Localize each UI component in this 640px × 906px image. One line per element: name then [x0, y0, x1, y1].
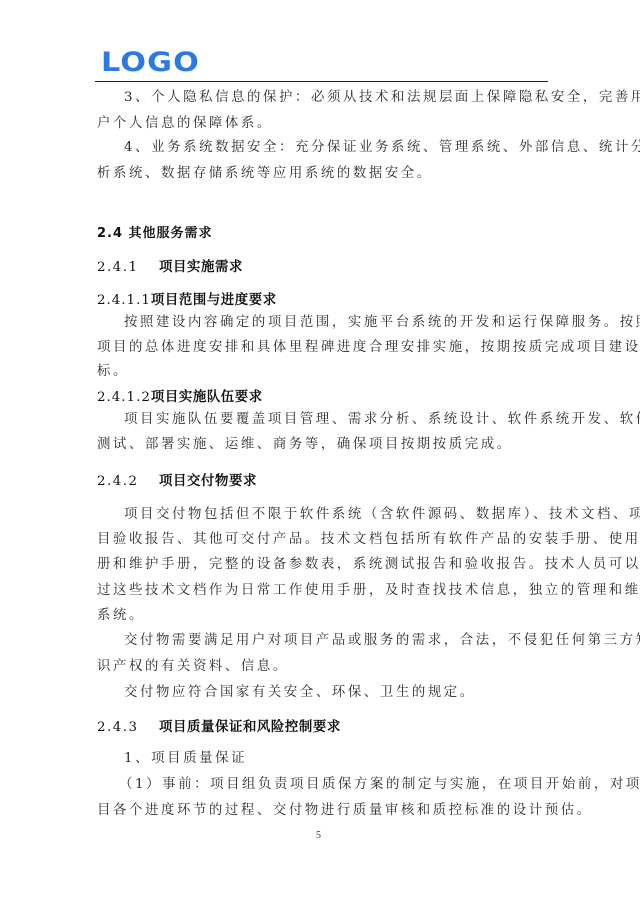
paragraph-line: 目各个进度环节的过程、交付物进行质量审核和质控标准的设计预估。: [97, 802, 593, 820]
paragraph-line: 过这些技术文档作为日常工作使用手册，及时查找技术信息，独立的管理和维护: [97, 582, 640, 600]
section-number: 2.4.1.1: [97, 293, 151, 308]
section-title: 项目范围与进度要求: [151, 292, 277, 308]
paragraph-line: （1）事前：项目组负责项目质保方案的制定与实施，在项目开始前，对项: [119, 776, 640, 794]
paragraph-line: 册和维护手册，完整的设备参数表，系统测试报告和验收报告。技术人员可以通: [97, 556, 640, 574]
section-heading-2-4-1-2: 2.4.1.2项目实施队伍要求: [97, 386, 263, 405]
paragraph-line: 系统。: [97, 607, 145, 625]
section-title: 项目交付物要求: [159, 473, 257, 489]
section-number: 2.4.3: [97, 720, 159, 735]
header-divider: [95, 81, 548, 82]
section-heading-2-4-2: 2.4.2项目交付物要求: [97, 470, 257, 489]
paragraph-line: 交付物需要满足用户对项目产品或服务的需求，合法，不侵犯任何第三方知: [124, 632, 640, 650]
paragraph-line: 项目实施队伍要覆盖项目管理、需求分析、系统设计、软件系统开发、软件: [124, 411, 640, 429]
section-number: 2.4.2: [97, 474, 159, 489]
page-number: 5: [316, 830, 321, 841]
paragraph-line: 按照建设内容确定的项目范围，实施平台系统的开发和运行保障服务。按照: [124, 314, 640, 332]
paragraph-line: 识产权的有关资料、信息。: [97, 658, 289, 676]
section-heading-2-4: 2.4 其他服务需求: [97, 222, 213, 241]
paragraph-line: 项目交付物包括但不限于软件系统（含软件源码、数据库）、技术文档、项: [124, 506, 640, 524]
paragraph-data-security-line2: 析系统、数据存储系统等应用系统的数据安全。: [97, 165, 433, 183]
logo: LOGO: [101, 50, 200, 76]
paragraph-privacy-line1: 3、个人隐私信息的保护：必须从技术和法规层面上保障隐私安全，完善用: [124, 89, 640, 107]
section-heading-2-4-1-1: 2.4.1.1项目范围与进度要求: [97, 289, 277, 308]
paragraph-line: 测试、部署实施、运维、商务等，确保项目按期按质完成。: [97, 436, 513, 454]
paragraph-line: 标。: [97, 363, 129, 381]
paragraph-line: 交付物应符合国家有关安全、环保、卫生的规定。: [124, 684, 476, 702]
section-heading-2-4-3: 2.4.3项目质量保证和风险控制要求: [97, 716, 341, 735]
section-heading-2-4-1: 2.4.1项目实施需求: [97, 256, 243, 275]
section-number: 2.4.1: [97, 260, 159, 275]
section-title: 项目实施队伍要求: [151, 389, 263, 405]
list-item-quality-assurance: 1、项目质量保证: [124, 750, 247, 768]
paragraph-privacy-line2: 户个人信息的保障体系。: [97, 115, 273, 133]
section-number: 2.4.1.2: [97, 390, 151, 405]
section-title: 项目实施需求: [159, 259, 243, 275]
paragraph-data-security-line1: 4、业务系统数据安全：充分保证业务系统、管理系统、外部信息、统计分: [124, 139, 640, 157]
paragraph-line: 项目的总体进度安排和具体里程碑进度合理安排实施，按期按质完成项目建设目: [97, 339, 640, 357]
section-title: 项目质量保证和风险控制要求: [159, 719, 341, 735]
paragraph-line: 目验收报告、其他可交付产品。技术文档包括所有软件产品的安装手册、使用手: [97, 531, 640, 549]
